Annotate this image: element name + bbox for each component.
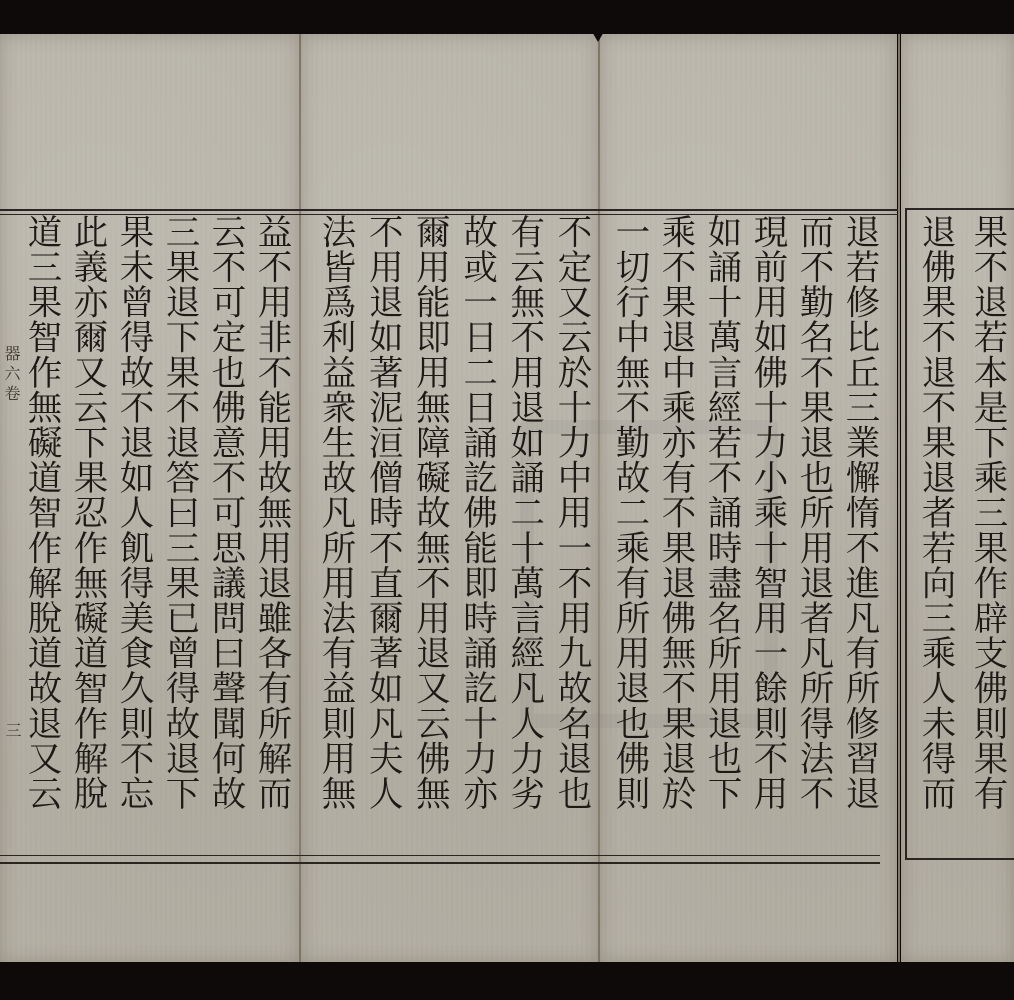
- page-fold: [898, 34, 900, 962]
- binding-notch: [591, 30, 605, 42]
- text-column: 如誦十萬言經若不誦時盡名所用退也下: [698, 214, 744, 856]
- partial-page-text: 果不退若本是下乘三果作辟支佛則果有 退佛果不退不果退者若向三乘人未得而: [912, 214, 1010, 856]
- top-border-rule: [0, 209, 898, 211]
- text-column: 果未曾得故不退如人飢得美食久則不忘: [110, 214, 156, 856]
- page-number: 三: [1, 722, 24, 742]
- text-column: 而不勤名不果退也所用退者凡所得法不: [790, 214, 836, 856]
- text-column: 有云無不用退如誦二十萬言經凡人力劣: [501, 214, 547, 856]
- volume-label: 器六卷: [0, 345, 23, 405]
- text-column: 退若修比丘三業懈惰不進凡有所修習退: [836, 214, 882, 856]
- left-frame-rule: [905, 208, 907, 860]
- left-page-text: 益不用非不能用故無用退雖各有所解而 云不可定也佛意不可思議問曰聲聞何故 三果退下…: [24, 214, 294, 856]
- bottom-border-rule: [0, 862, 880, 864]
- text-column: 不用退如著泥洹僧時不直爾著如凡夫人: [359, 214, 405, 856]
- text-column: 此義亦爾又云下果忍作無礙道智作解脫: [64, 214, 110, 856]
- right-page-text: 退若修比丘三業懈惰不進凡有所修習退 而不勤名不果退也所用退者凡所得法不 現前用如…: [606, 214, 882, 856]
- middle-page-text: 不定又云於十力中用一不用九故名退也 有云無不用退如誦二十萬言經凡人力劣 故或一日…: [312, 214, 594, 856]
- text-column: 故或一日二日誦訖佛能即時誦訖十力亦: [454, 214, 500, 856]
- text-column: 道三果智作無礙道智作解脫道故退又云: [18, 214, 64, 856]
- text-column: 乘不果退中乘亦有不果退佛無不果退於: [652, 214, 698, 856]
- page-fold: [299, 34, 301, 962]
- text-column: 益不用非不能用故無用退雖各有所解而: [248, 214, 294, 856]
- text-column: 現前用如佛十力小乘十智用一餘則不用: [744, 214, 790, 856]
- text-column: 退佛果不退不果退者若向三乘人未得而: [912, 214, 958, 856]
- text-column: 果不退若本是下乘三果作辟支佛則果有: [964, 214, 1010, 856]
- text-column: 一切行中無不勤故二乘有所用退也佛則: [606, 214, 652, 856]
- text-column: 法皆爲利益衆生故凡所用法有益則用無: [312, 214, 358, 856]
- top-border-rule: [906, 208, 1014, 210]
- page-fold: [598, 34, 600, 962]
- text-column: 爾用能即用無障礙故無不用退又云佛無: [406, 214, 452, 856]
- text-column: 云不可定也佛意不可思議問曰聲聞何故: [202, 214, 248, 856]
- bottom-border-rule: [906, 858, 1014, 860]
- text-column: 三果退下果不退答曰三果已曾得故退下: [156, 214, 202, 856]
- text-column: 不定又云於十力中用一不用九故名退也: [548, 214, 594, 856]
